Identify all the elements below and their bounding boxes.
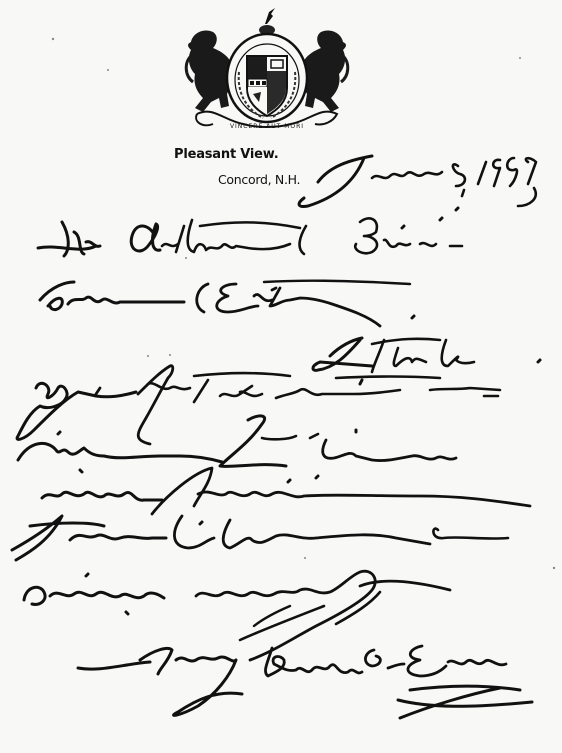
salutation-line-1: Mr. Arthur Bris-	[36, 222, 279, 257]
body-line: that I have al	[14, 520, 215, 555]
signature: Mary Baker G. Eddy	[78, 648, 386, 683]
body-line: I thank	[318, 336, 426, 371]
salutation-line-2: bane Editor.	[40, 282, 225, 317]
letter-date: June 8, 1907.	[306, 160, 481, 190]
letter-page: VINCERE AUT MORI Pleasant View. Concord,…	[0, 0, 562, 753]
body-line: you for this inter-	[18, 372, 284, 407]
body-line: ready enjoyed myself	[22, 574, 345, 609]
body-line: unexpected pleasure	[40, 474, 357, 509]
body-line: view. It is an	[18, 424, 209, 459]
